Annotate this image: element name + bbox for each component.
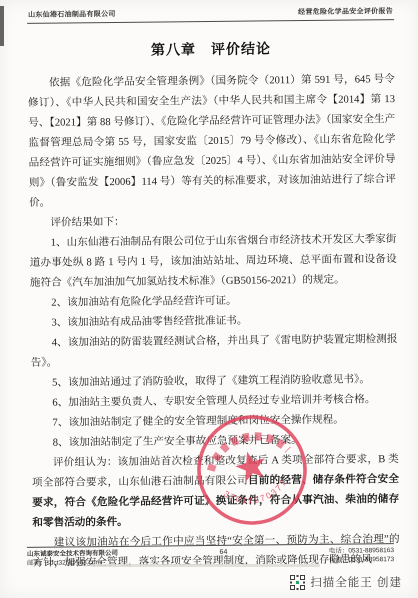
page-number: 64 (219, 548, 227, 557)
scanner-watermark-text: 扫描全能王 创建 (310, 574, 402, 590)
page-content: 山东仙港石油制品有限公司 经营危险化学品安全评价报告 第八章 评价结论 依据《危… (27, 6, 400, 574)
result-item: 4、该加油站的防雷装置经测试合格，并出具了《雷电防护装置定期检测报告》。 (30, 330, 397, 374)
document-body: 依据《危险化学品安全管理条例》（国务院令（2011）第 591 号，645 号令… (28, 70, 400, 574)
scan-artifact-left-edge (0, 6, 4, 46)
scanned-document-page: 山东仙港石油制品有限公司 经营危险化学品安全评价报告 第八章 评价结论 依据《危… (0, 0, 418, 598)
running-header: 山东仙港石油制品有限公司 经营危险化学品安全评价报告 (27, 6, 394, 24)
header-report-title: 经营危险化学品安全评价报告 (298, 6, 393, 17)
chapter-title: 第八章 评价结论 (27, 37, 394, 61)
scanner-watermark: 扫描全能王 创建 (290, 574, 402, 590)
result-item: 1、山东仙港石油制品有限公司位于山东省烟台市经济技术开发区大季家街道办事处纵 8… (29, 230, 397, 294)
footer-fax: 传真：0531-88958173 (329, 555, 394, 565)
footer-contact-block: 电话：0531-88958163 传真：0531-88958173 (329, 546, 394, 565)
result-item: 7、该加油站制定了健全的安全管理制度和岗位安全操作规程。 (31, 410, 398, 434)
scan-artifact-smudge (90, 564, 320, 567)
conclusion-paragraph: 评价组认为：该加油站首次检查和整改复查后 A 类项全部符合要求，B 类项全部符合… (32, 450, 400, 534)
intro-paragraph: 依据《危险化学品安全管理条例》（国务院令（2011）第 591 号，645 号令… (28, 70, 396, 214)
qr-code-icon (290, 575, 305, 590)
header-company-name: 山东仙港石油制品有限公司 (28, 9, 116, 20)
footer-company-name: 山东诚泰安全技术咨询有限公司 (27, 549, 118, 559)
